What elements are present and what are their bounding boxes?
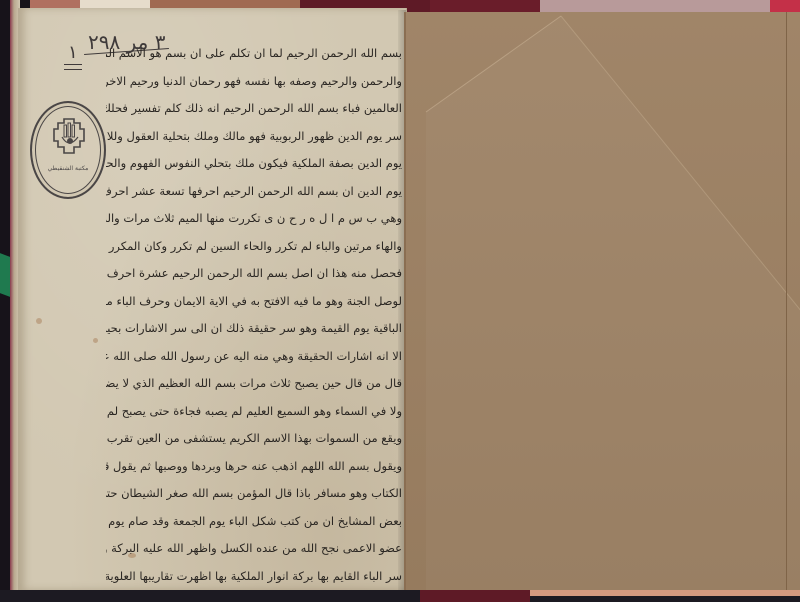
- endpaper-edge: [786, 12, 787, 590]
- text-line: والرحمن والرحيم وصفه بها نفسه فهو رحمان …: [106, 68, 402, 96]
- text-line: بسم الله الرحمن الرحيم لما ان تكلم على ا…: [106, 40, 402, 68]
- stain: [36, 318, 42, 324]
- text-line: ويقول بسم الله اللهم اذهب عنه حرها وبرده…: [106, 453, 402, 481]
- text-line: عضو الاعمى نجح الله من عنده الكسل واظهر …: [106, 535, 402, 563]
- stamp-text: مكتبة الشنقيطي: [32, 165, 104, 172]
- background-bottom-strip: [0, 590, 800, 602]
- ribbon-marker: [0, 253, 10, 297]
- endpaper-page-right: [404, 12, 800, 590]
- text-line: يوم الدين ان بسم الله الرحمن الرحيم احرف…: [106, 178, 402, 206]
- text-line: وهي ب س م ا ل ه ر ح ن ى تكررت منها الميم…: [106, 205, 402, 233]
- manuscript-scan: ١ ٣ مر ٢٩٨ مكتبة الشنقيطي بسم الله الرحم…: [0, 0, 800, 602]
- text-line: لوصل الجنة وهو ما فيه الافتح به في الاية…: [106, 288, 402, 316]
- text-line: ولا في السماء وهو السميع العليم لم يصبه …: [106, 398, 402, 426]
- text-line: الباقية يوم القيمة وهو سر حقيقة ذلك ان ا…: [106, 315, 402, 343]
- text-line: سر يوم الدين ظهور الربوبية فهو مالك وملك…: [106, 123, 402, 151]
- text-line: الكتاب وهو مسافر باذا قال المؤمن بسم الل…: [106, 480, 402, 508]
- library-stamp: مكتبة الشنقيطي: [30, 101, 106, 199]
- text-line: العالمين فباء بسم الله الرحمن الرحيم انه…: [106, 95, 402, 123]
- fold-crease: [406, 12, 800, 590]
- stain: [93, 338, 98, 343]
- manuscript-page-left: ١ ٣ مر ٢٩٨ مكتبة الشنقيطي بسم الله الرحم…: [18, 8, 407, 590]
- text-line: قال من قال حين يصبح ثلاث مرات بسم الله ا…: [106, 370, 402, 398]
- text-line: الا انه اشارات الحقيقة وهي منه اليه عن ر…: [106, 343, 402, 371]
- folio-number: ١: [68, 42, 78, 63]
- text-line: يوم الدين بصفة الملكية فيكون ملك بتحلي ا…: [106, 150, 402, 178]
- text-line: بعض المشايخ ان من كتب شكل الباء يوم الجم…: [106, 508, 402, 536]
- text-line: سر الباء القايم بها بركة انوار الملكية ب…: [106, 563, 402, 591]
- text-line: ويقع من السموات بهذا الاسم الكريم يستشفى…: [106, 425, 402, 453]
- text-line: والهاء مرتين والباء لم تكرر والحاء السين…: [106, 233, 402, 261]
- manuscript-text-block: بسم الله الرحمن الرحيم لما ان تكلم على ا…: [106, 40, 402, 590]
- text-line: فحصل منه هذا ان اصل بسم الله الرحمن الرح…: [106, 260, 402, 288]
- hand-of-fatima-icon: [52, 117, 86, 157]
